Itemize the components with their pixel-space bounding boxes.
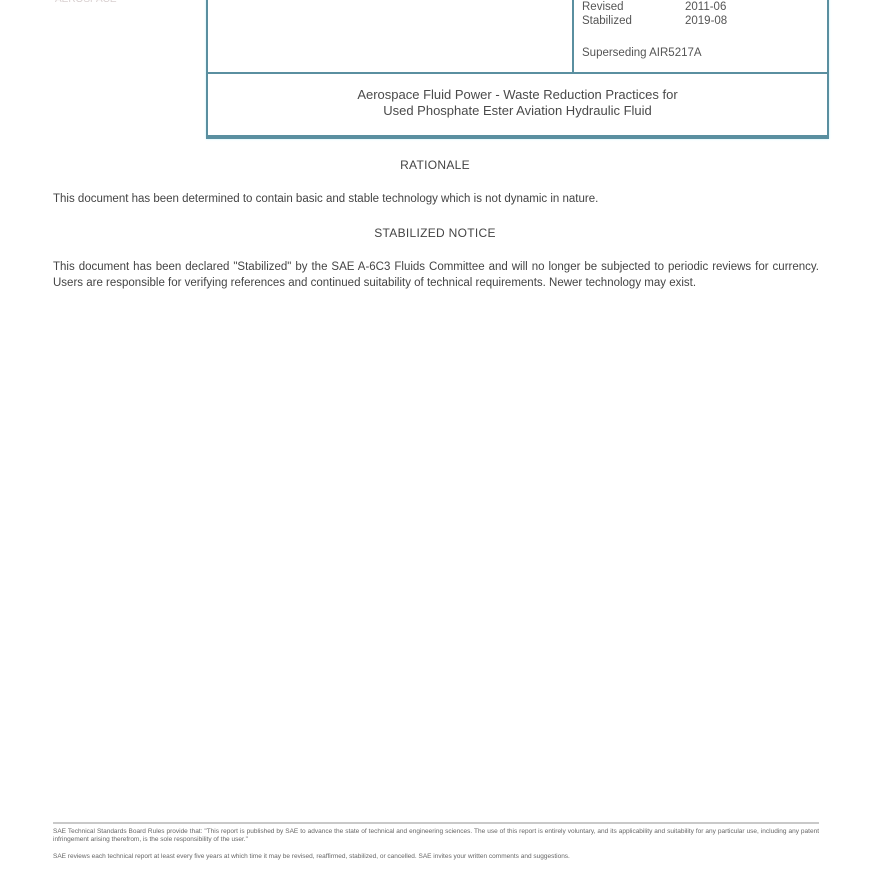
title-line-1: Aerospace Fluid Power - Waste Reduction … (208, 87, 827, 103)
document-header-box: Revised2011-06 Stabilized2019-08 Superse… (206, 0, 829, 139)
rationale-heading: RATIONALE (0, 158, 870, 172)
revised-row: Revised2011-06 (582, 1, 726, 13)
stabilized-label: Stabilized (582, 15, 685, 27)
superseding-note: Superseding AIR5217A (582, 47, 702, 59)
document-title: Aerospace Fluid Power - Waste Reduction … (208, 87, 827, 119)
header-divider (572, 0, 574, 72)
revised-date: 2011-06 (685, 1, 726, 13)
footer-divider (53, 822, 819, 824)
stabilized-date: 2019-08 (685, 15, 727, 27)
footer-disclaimer: SAE Technical Standards Board Rules prov… (53, 828, 819, 844)
rationale-text: This document has been determined to con… (53, 191, 819, 207)
stabilized-notice-heading: STABILIZED NOTICE (0, 226, 870, 240)
header-top-section (208, 0, 827, 74)
header-fragment-left: AEROSPACE (55, 0, 117, 5)
stabilized-row: Stabilized2019-08 (582, 15, 727, 27)
footer-review-notice: SAE reviews each technical report at lea… (53, 853, 819, 861)
stabilized-notice-text: This document has been declared "Stabili… (53, 259, 819, 291)
title-line-2: Used Phosphate Ester Aviation Hydraulic … (208, 103, 827, 119)
revised-label: Revised (582, 1, 685, 13)
